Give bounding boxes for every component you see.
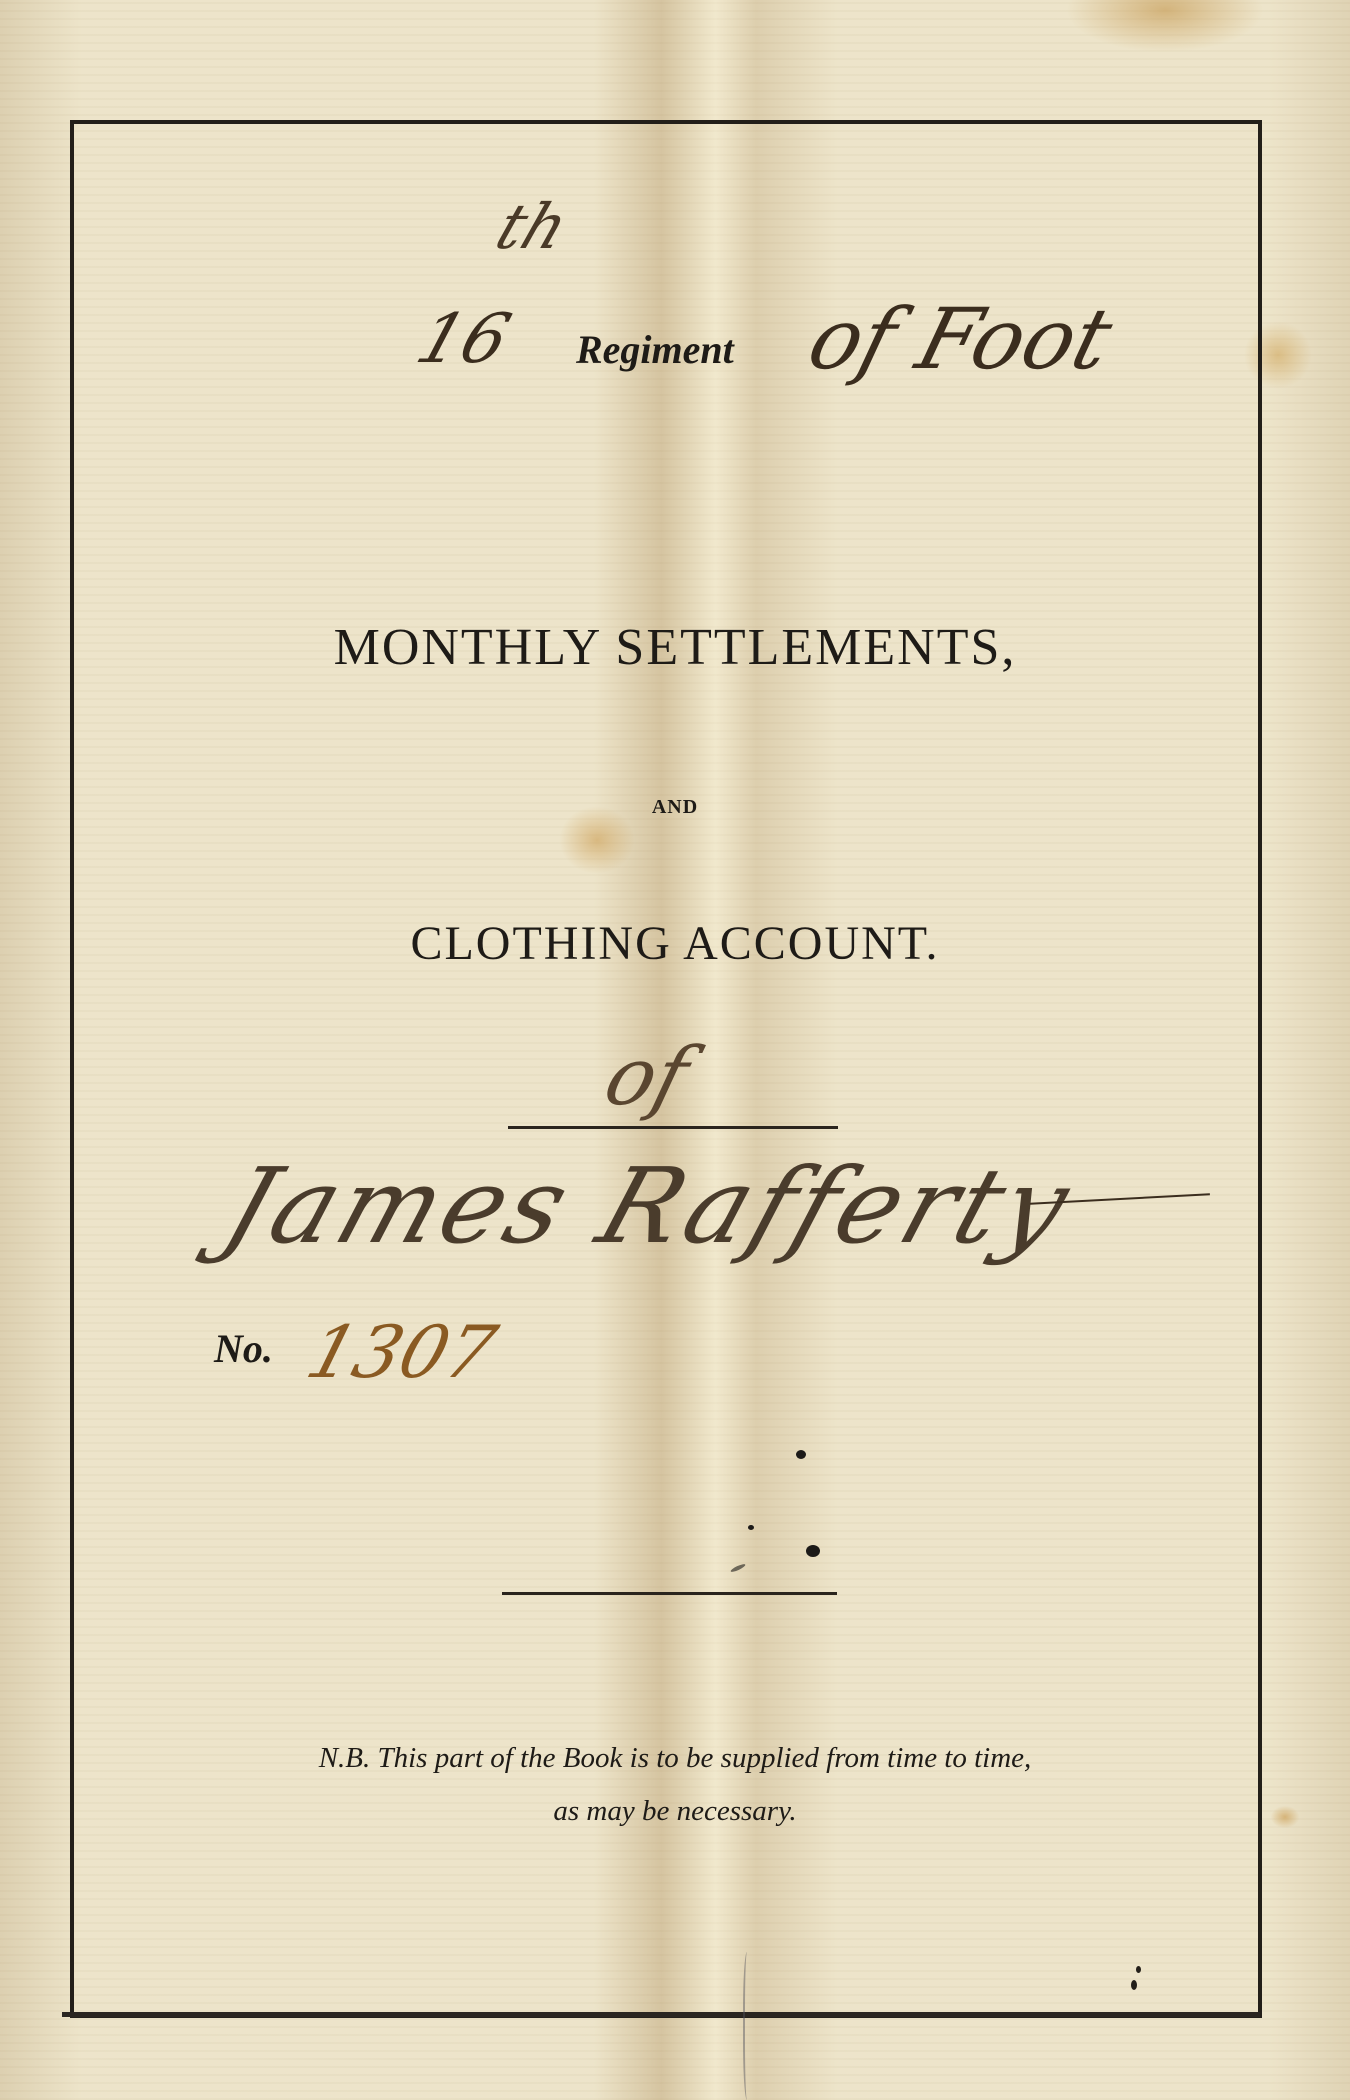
- name-rule: [508, 1126, 838, 1129]
- account-holder-name: James Rafferty: [210, 1145, 1087, 1267]
- title-line-monthly-settlements: MONTHLY SETTLEMENTS,: [0, 618, 1350, 677]
- regiment-label: Regiment: [576, 326, 734, 373]
- bottom-border-rule: [62, 2012, 1260, 2017]
- ink-blot: [796, 1450, 806, 1459]
- number-label: No.: [214, 1325, 273, 1372]
- ink-dot: [1131, 1980, 1137, 1990]
- note-line-1: N.B. This part of the Book is to be supp…: [0, 1742, 1350, 1775]
- ink-dot: [1136, 1966, 1141, 1973]
- paper-tear-mark: [743, 1952, 753, 2100]
- ink-blot: [748, 1525, 754, 1530]
- note-line-2: as may be necessary.: [0, 1795, 1350, 1828]
- document-page: th 16 Regiment of Foot MONTHLY SETTLEMEN…: [0, 0, 1350, 2100]
- ink-blot: [806, 1545, 820, 1557]
- regiment-handwritten-suffix: of Foot: [799, 290, 1122, 388]
- title-line-clothing-account: CLOTHING ACCOUNT.: [0, 916, 1350, 971]
- number-value: 1307: [298, 1310, 505, 1394]
- lower-rule: [502, 1592, 837, 1595]
- title-line-and: AND: [0, 796, 1350, 819]
